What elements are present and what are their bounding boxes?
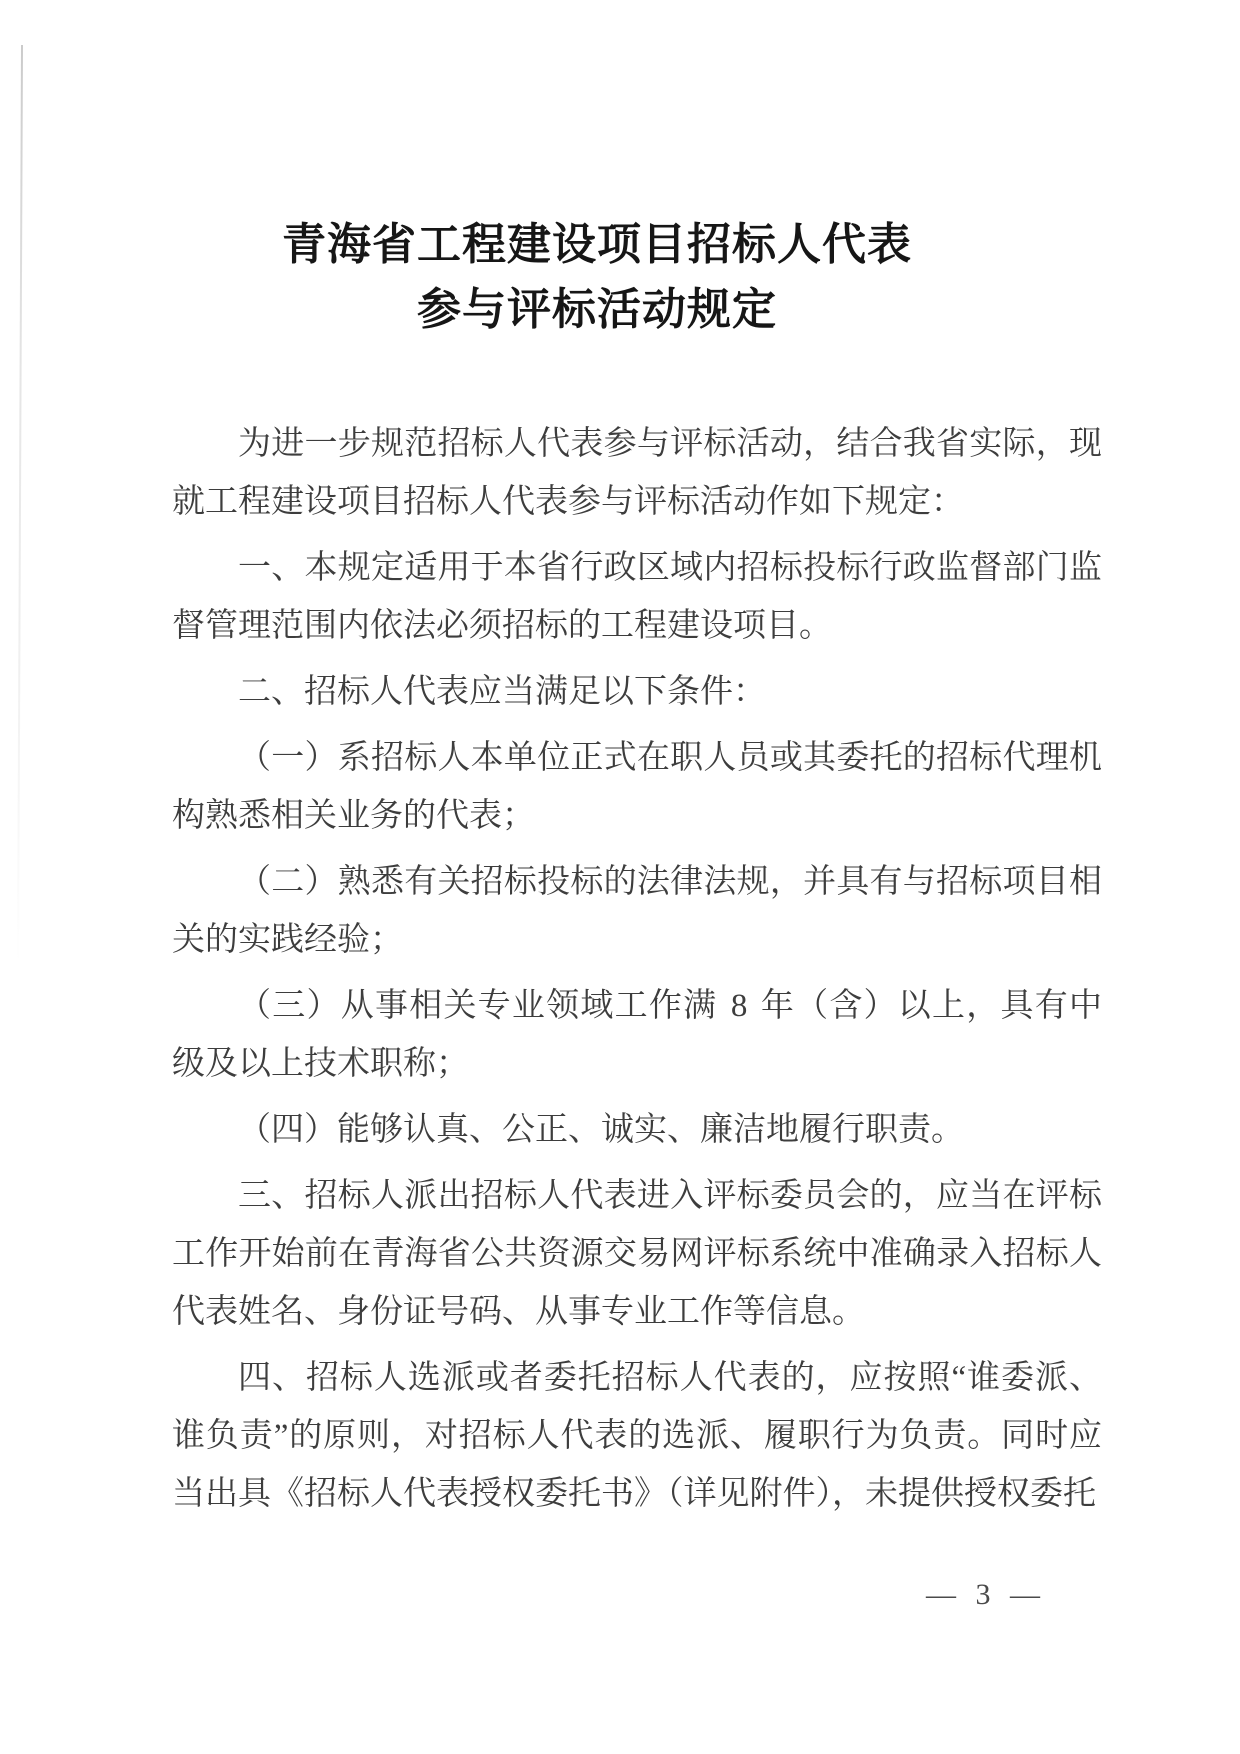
paragraph-article-1: 一、本规定适用于本省行政区域内招标投标行政监督部门监督管理范围内依法必须招标的工… xyxy=(172,539,1102,655)
paragraph-article-3: 三、招标人派出招标人代表进入评标委员会的，应当在评标工作开始前在青海省公共资源交… xyxy=(172,1167,1102,1341)
paragraph-article-2-item-3: （三）从事相关专业领域工作满 8 年（含）以上，具有中级及以上技术职称； xyxy=(172,977,1102,1093)
paragraph-article-2-item-1: （一）系招标人本单位正式在职人员或其委托的招标代理机构熟悉相关业务的代表； xyxy=(172,729,1102,845)
scanned-document-page: 青海省工程建设项目招标人代表 参与评标活动规定 为进一步规范招标人代表参与评标活… xyxy=(0,0,1240,1754)
scan-crease-line xyxy=(17,45,23,965)
paragraph-article-2-item-4: （四）能够认真、公正、诚实、廉洁地履行职责。 xyxy=(172,1101,1102,1159)
document-title-line-2: 参与评标活动规定 xyxy=(132,277,1062,342)
page-number: — 3 — xyxy=(172,1578,1102,1612)
paragraph-article-2: 二、招标人代表应当满足以下条件： xyxy=(172,663,1102,721)
document-title-line-1: 青海省工程建设项目招标人代表 xyxy=(132,212,1062,277)
document-title: 青海省工程建设项目招标人代表 参与评标活动规定 xyxy=(132,212,1062,342)
paragraph-article-2-item-2: （二）熟悉有关招标投标的法律法规，并具有与招标项目相关的实践经验； xyxy=(172,853,1102,969)
paragraph-intro: 为进一步规范招标人代表参与评标活动，结合我省实际，现就工程建设项目招标人代表参与… xyxy=(172,415,1102,531)
document-body: 为进一步规范招标人代表参与评标活动，结合我省实际，现就工程建设项目招标人代表参与… xyxy=(172,415,1102,1523)
paragraph-article-4: 四、招标人选派或者委托招标人代表的，应按照“谁委派、谁负责”的原则，对招标人代表… xyxy=(172,1349,1102,1523)
